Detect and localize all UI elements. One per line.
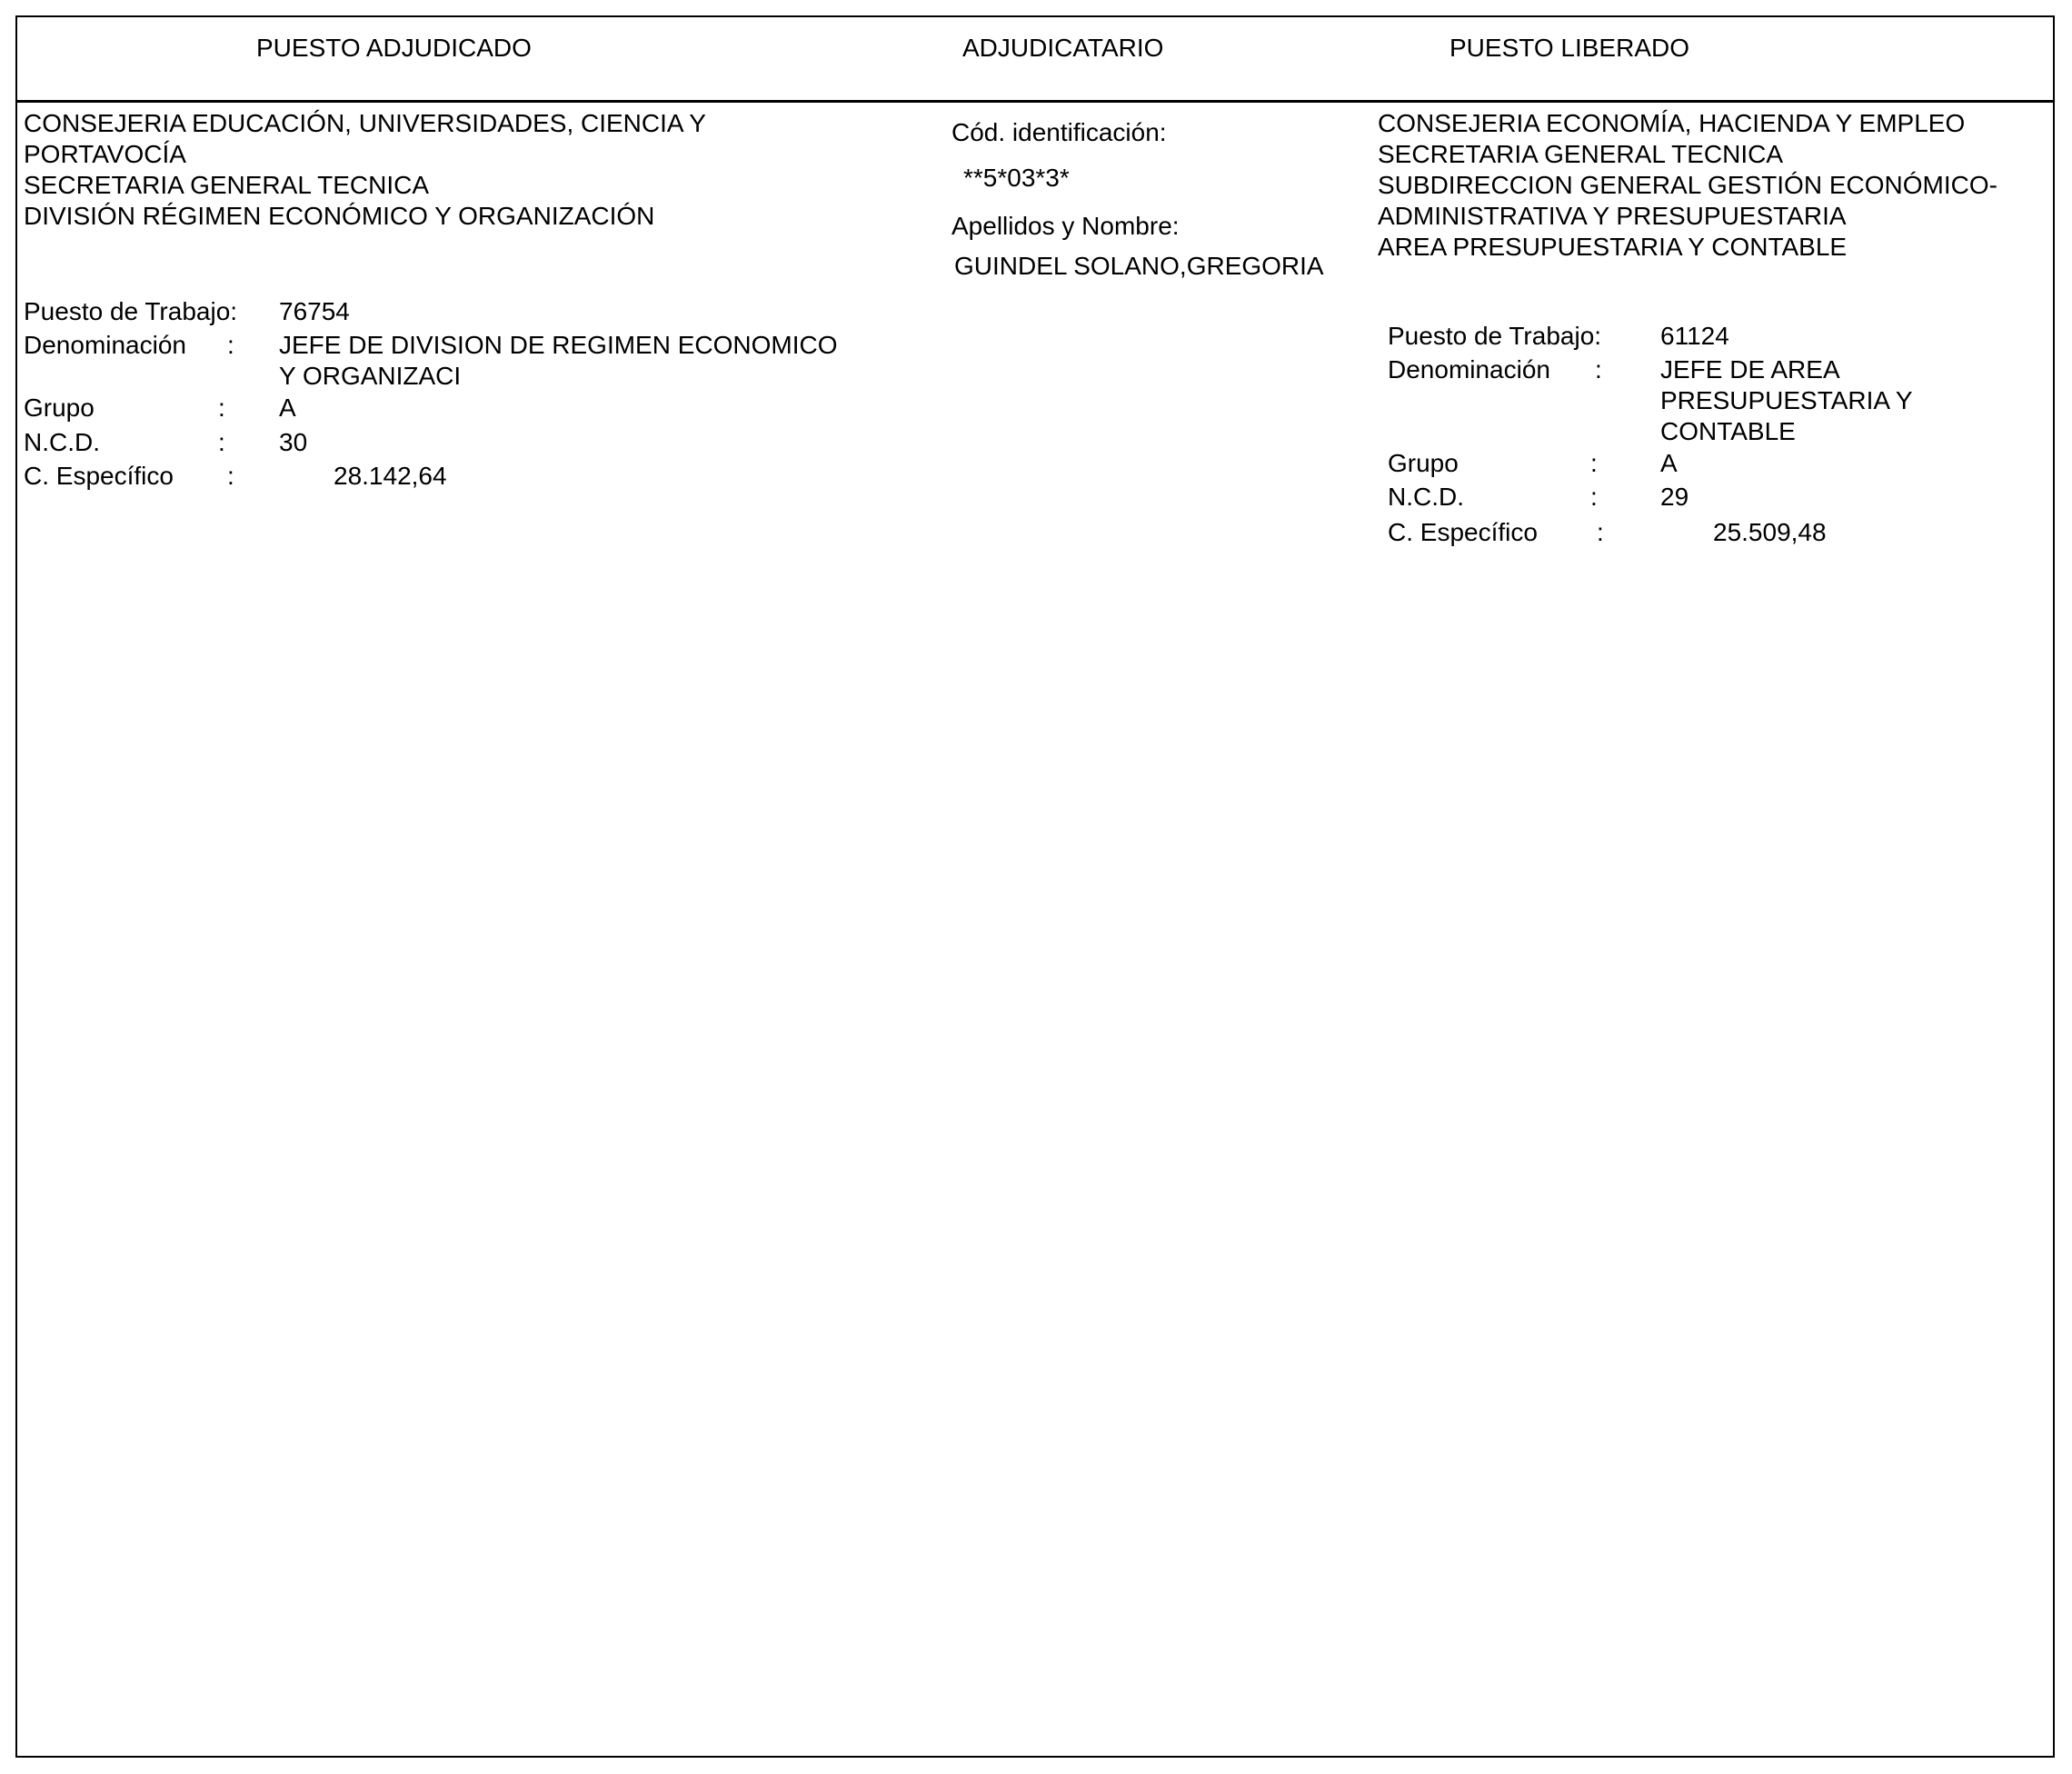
adjudicado-denominacion-label: Denominación: [24, 330, 186, 361]
org-line: DIVISIÓN RÉGIMEN ECONÓMICO Y ORGANIZACIÓ…: [24, 201, 706, 232]
colon: :: [1597, 517, 1604, 548]
adjudicado-denominacion-value-1: JEFE DE DIVISION DE REGIMEN ECONOMICO: [279, 330, 838, 361]
header-divider: [15, 100, 2055, 103]
adjudicado-denominacion-value-2: Y ORGANIZACI: [279, 361, 461, 392]
colon: :: [1595, 354, 1602, 385]
apellidos-nombre-value: GUINDEL SOLANO,GREGORIA: [954, 251, 1324, 282]
adjudicado-especifico-label: C. Específico: [24, 461, 174, 492]
colon: :: [218, 393, 225, 424]
header-puesto-liberado: PUESTO LIBERADO: [1449, 33, 1689, 64]
header-puesto-adjudicado: PUESTO ADJUDICADO: [256, 33, 532, 64]
adjudicado-puesto-label: Puesto de Trabajo:: [24, 296, 237, 327]
liberado-denominacion-value-1: JEFE DE AREA: [1660, 354, 1840, 385]
adjudicado-grupo-label: Grupo: [24, 393, 95, 424]
cod-identificacion-label: Cód. identificación:: [951, 117, 1167, 148]
org-line: CONSEJERIA EDUCACIÓN, UNIVERSIDADES, CIE…: [24, 108, 706, 139]
colon: :: [227, 330, 234, 361]
liberado-grupo-value: A: [1660, 448, 1678, 479]
liberado-ncd-label: N.C.D.: [1388, 482, 1464, 513]
liberado-denominacion-value-2: PRESUPUESTARIA Y: [1660, 385, 1913, 416]
colon: :: [1590, 448, 1598, 479]
org-line: SUBDIRECCION GENERAL GESTIÓN ECONÓMICO-: [1378, 170, 1997, 201]
liberado-ncd-value: 29: [1660, 482, 1688, 513]
apellidos-nombre-label: Apellidos y Nombre:: [951, 211, 1180, 242]
org-line: CONSEJERIA ECONOMÍA, HACIENDA Y EMPLEO: [1378, 108, 1997, 139]
liberado-puesto-value: 61124: [1660, 321, 1729, 352]
liberado-grupo-label: Grupo: [1388, 448, 1459, 479]
liberado-especifico-label: C. Específico: [1388, 517, 1538, 548]
header-adjudicatario: ADJUDICATARIO: [962, 33, 1163, 64]
adjudicado-especifico-value: 28.142,64: [334, 461, 447, 492]
cod-identificacion-value: **5*03*3*: [963, 163, 1070, 194]
liberado-puesto-label: Puesto de Trabajo:: [1388, 321, 1601, 352]
liberado-especifico-value: 25.509,48: [1713, 517, 1827, 548]
org-line: SECRETARIA GENERAL TECNICA: [24, 170, 706, 201]
org-line: AREA PRESUPUESTARIA Y CONTABLE: [1378, 232, 1997, 263]
colon: :: [1590, 482, 1598, 513]
adjudicado-puesto-value: 76754: [279, 296, 350, 327]
adjudicado-ncd-value: 30: [279, 427, 307, 458]
org-line: ADMINISTRATIVA Y PRESUPUESTARIA: [1378, 201, 1997, 232]
org-line: SECRETARIA GENERAL TECNICA: [1378, 139, 1997, 170]
adjudicado-ncd-label: N.C.D.: [24, 427, 100, 458]
liberado-organization: CONSEJERIA ECONOMÍA, HACIENDA Y EMPLEO S…: [1378, 108, 1997, 263]
colon: :: [227, 461, 234, 492]
liberado-denominacion-label: Denominación: [1388, 354, 1550, 385]
colon: :: [218, 427, 225, 458]
adjudicado-organization: CONSEJERIA EDUCACIÓN, UNIVERSIDADES, CIE…: [24, 108, 706, 232]
liberado-denominacion-value-3: CONTABLE: [1660, 416, 1796, 447]
adjudicado-grupo-value: A: [279, 393, 296, 424]
org-line: PORTAVOCÍA: [24, 139, 706, 170]
